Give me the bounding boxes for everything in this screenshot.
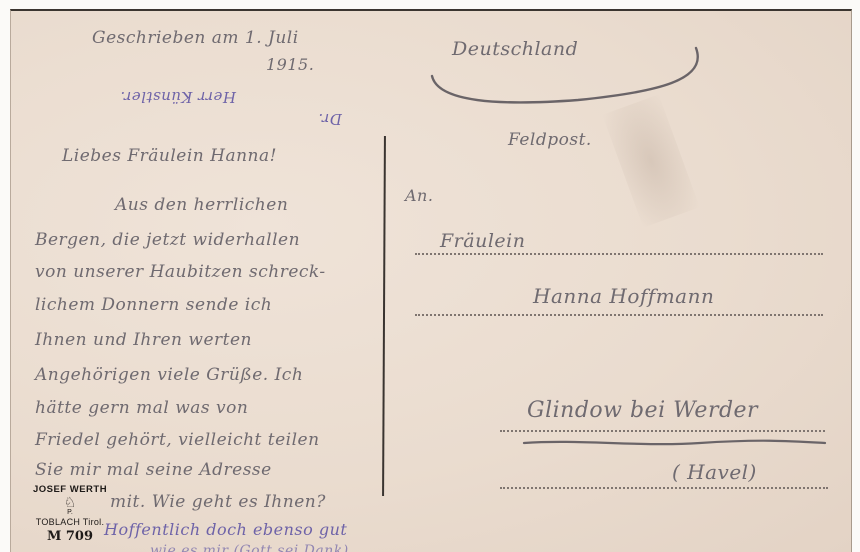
- written-date-line2: 1915.: [266, 55, 314, 74]
- publisher-number: M 709: [30, 529, 110, 544]
- message-line: Hoffentlich doch ebenso gut: [104, 520, 347, 539]
- address-line-3: [500, 430, 825, 432]
- upside-down-note-line2: Dr.: [318, 110, 342, 128]
- address-name: Hanna Hoffmann: [533, 284, 714, 308]
- message-line: Bergen, die jetzt widerhallen: [35, 230, 300, 250]
- address-region: ( Havel): [672, 460, 757, 484]
- message-line: hätte gern mal was von: [35, 398, 248, 418]
- written-date-line1: Geschrieben am 1. Juli: [92, 28, 299, 48]
- paper-stain: [602, 94, 699, 227]
- upside-down-note-line1: Herr Künstler.: [120, 88, 236, 106]
- publisher-stamp: JOSEF WERTH ♘ P. TOBLACH Tirol. M 709: [30, 484, 110, 544]
- address-line-4: [500, 487, 828, 489]
- publisher-sub: P.: [30, 509, 110, 517]
- message-line: lichem Donnern sende ich: [35, 295, 272, 315]
- message-salutation: Liebes Fräulein Hanna!: [62, 146, 277, 166]
- address-line-1: [415, 253, 823, 255]
- address-town: Glindow bei Werder: [527, 398, 758, 423]
- message-line: Angehörigen viele Grüße. Ich: [35, 365, 303, 385]
- address-service: Feldpost.: [508, 130, 592, 150]
- message-line: mit. Wie geht es Ihnen?: [110, 492, 326, 512]
- publisher-place: TOBLACH Tirol.: [30, 517, 110, 527]
- address-title: Fräulein: [440, 230, 525, 252]
- address-line-2: [415, 314, 823, 316]
- country-underline-swash: [428, 40, 704, 110]
- message-line: Aus den herrlichen: [115, 195, 288, 215]
- town-underline-stroke: [520, 437, 830, 451]
- message-line: Friedel gehört, vielleicht teilen: [35, 430, 320, 450]
- message-line: Ihnen und Ihren werten: [35, 330, 252, 350]
- publisher-emblem-icon: ♘: [30, 495, 110, 509]
- message-line-cut: wie es mir (Gott sei Dank): [150, 543, 349, 552]
- address-prefix: An.: [405, 186, 433, 205]
- message-line: von unserer Haubitzen schreck-: [35, 262, 326, 282]
- message-line: Sie mir mal seine Adresse: [35, 460, 272, 480]
